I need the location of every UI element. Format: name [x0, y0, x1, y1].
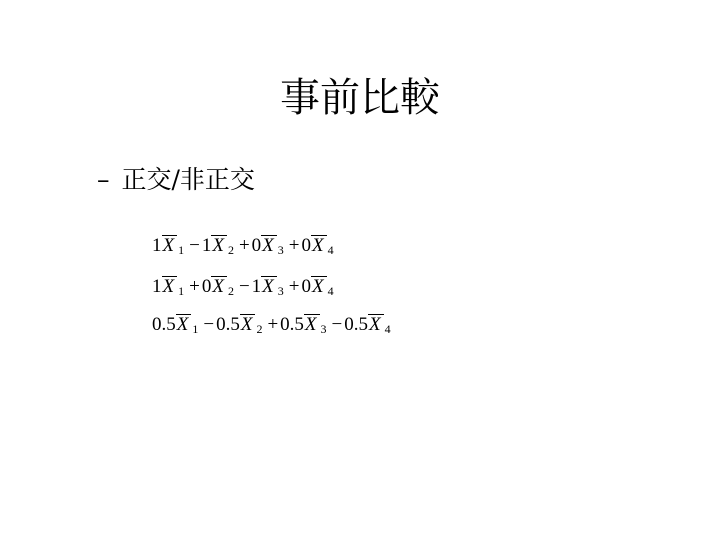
mean-variable: X [176, 312, 190, 338]
operator: − [332, 312, 343, 338]
mean-variable: X [304, 312, 318, 338]
equation-term: 0.5X4 [344, 312, 393, 339]
operator: + [267, 312, 278, 338]
operator: − [239, 274, 250, 300]
equation-term: 0X4 [301, 274, 336, 301]
mean-variable: X [311, 233, 325, 259]
mean-variable: X [211, 233, 225, 259]
operator: − [203, 312, 214, 338]
bullet-dash: – [97, 163, 110, 197]
mean-variable: X [261, 233, 275, 259]
slide-title-text: 事前比較 [280, 70, 440, 126]
equation-term: 0.5X2 [216, 312, 265, 339]
equation-term: 0.5X3 [280, 312, 329, 339]
equation-term: 1X1 [152, 233, 187, 260]
contrast-equation-1: 1X1−1X2+0X3+0X4 [152, 233, 337, 260]
equation-term: 0X4 [301, 233, 336, 260]
equation-term: 0X2 [202, 274, 237, 301]
equation-term: 0.5X1 [152, 312, 201, 339]
operator: + [239, 233, 250, 259]
operator: + [289, 274, 300, 300]
equation-term: 1X3 [252, 274, 287, 301]
mean-variable: X [240, 312, 254, 338]
contrast-equation-3: 0.5X1−0.5X2+0.5X3−0.5X4 [152, 312, 394, 339]
equation-term: 1X1 [152, 274, 187, 301]
operator: + [189, 274, 200, 300]
bullet-item: –正交/非正交 [97, 163, 255, 197]
slide-title: 事前比較 [0, 70, 720, 126]
mean-variable: X [211, 274, 225, 300]
bullet-text: 正交/非正交 [122, 165, 255, 194]
equation-term: 0X3 [252, 233, 287, 260]
mean-variable: X [311, 274, 325, 300]
mean-variable: X [261, 274, 275, 300]
mean-variable: X [162, 233, 176, 259]
mean-variable: X [368, 312, 382, 338]
operator: − [189, 233, 200, 259]
equation-term: 1X2 [202, 233, 237, 260]
contrast-equation-2: 1X1+0X2−1X3+0X4 [152, 274, 337, 301]
mean-variable: X [162, 274, 176, 300]
operator: + [289, 233, 300, 259]
